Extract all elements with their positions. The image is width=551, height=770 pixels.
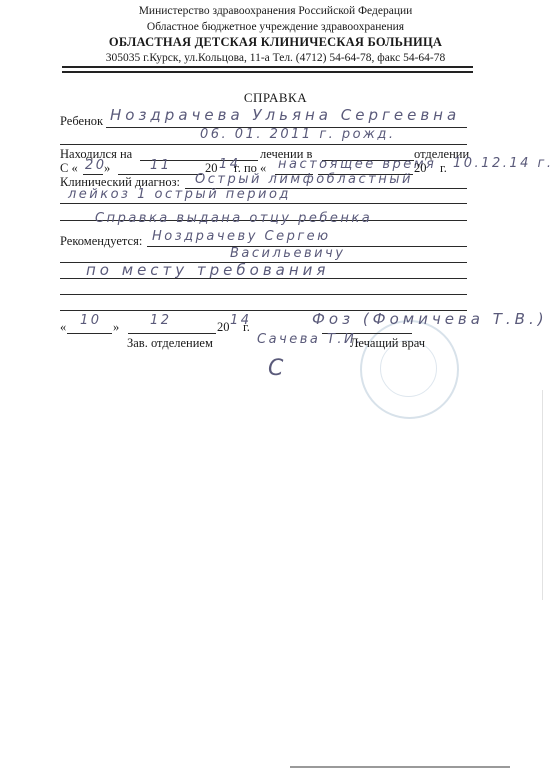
from-prefix: С «	[60, 161, 78, 175]
hospital-name: ОБЛАСТНАЯ ДЕТСКАЯ КЛИНИЧЕСКАЯ БОЛЬНИЦА	[0, 35, 551, 49]
extra-signature: С	[268, 356, 287, 381]
recommendation-label: Рекомендуется:	[60, 234, 142, 248]
to-value: настоящее время	[278, 157, 436, 172]
diagnosis-text-3: Справка выдана отцу ребенка	[95, 211, 372, 226]
header-rule-bottom	[62, 71, 473, 73]
footer-day: 10	[80, 313, 102, 328]
child-birth-line	[60, 144, 467, 145]
hospital-address: 305035 г.Курск, ул.Кольцова, 11-а Тел. (…	[0, 51, 551, 65]
footer-day-line	[67, 333, 112, 334]
recommendation-text-2: Васильевичу	[230, 246, 345, 261]
from-month: 11	[150, 158, 172, 173]
child-birth-handwritten: 06. 01. 2011 г. рожд.	[200, 127, 395, 142]
footer-close-quote: »	[113, 320, 119, 334]
diagnosis-line-2	[60, 203, 467, 204]
footer-month: 12	[150, 313, 172, 328]
document-title: СПРАВКА	[0, 90, 551, 106]
recommendation-text-1: Ноздрачеву Сергею	[152, 229, 331, 244]
scan-edge-right	[542, 390, 543, 600]
head-label: Зав. отделением	[127, 336, 213, 350]
from-close: »	[104, 161, 110, 175]
doctor-signature: Фоз (Фомичева Т.В.)	[312, 310, 548, 328]
footer-month-line	[128, 333, 216, 334]
header-rule-top	[62, 66, 473, 68]
footer-year-suffix: г.	[243, 320, 250, 334]
diagnosis-text-1: Острый лимфобластный	[195, 172, 413, 187]
to-year-prefix: 20	[414, 161, 427, 175]
to-year-suffix: г.	[440, 161, 447, 175]
doctor-label: Лечащий врач	[350, 336, 425, 350]
to-note: 10.12.14 г.	[453, 156, 551, 171]
institution-type-line: Областное бюджетное учреждение здравоохр…	[0, 20, 551, 34]
recommendation-line-4	[60, 294, 467, 295]
footer-year-prefix: 20	[217, 320, 230, 334]
head-signature: Сачева Т.И.	[257, 332, 363, 347]
official-stamp	[360, 320, 459, 419]
child-label: Ребенок	[60, 114, 103, 128]
diagnosis-text-2: лейкоз 1 острый период	[68, 187, 291, 202]
scan-edge-bottom	[290, 766, 510, 768]
child-name-handwritten: Ноздрачева Ульяна Сергеевна	[110, 106, 460, 124]
ministry-line: Министерство здравоохранения Российской …	[0, 4, 551, 18]
footer-open-quote: «	[60, 320, 66, 334]
recommendation-text-3: по месту требования	[86, 261, 329, 279]
